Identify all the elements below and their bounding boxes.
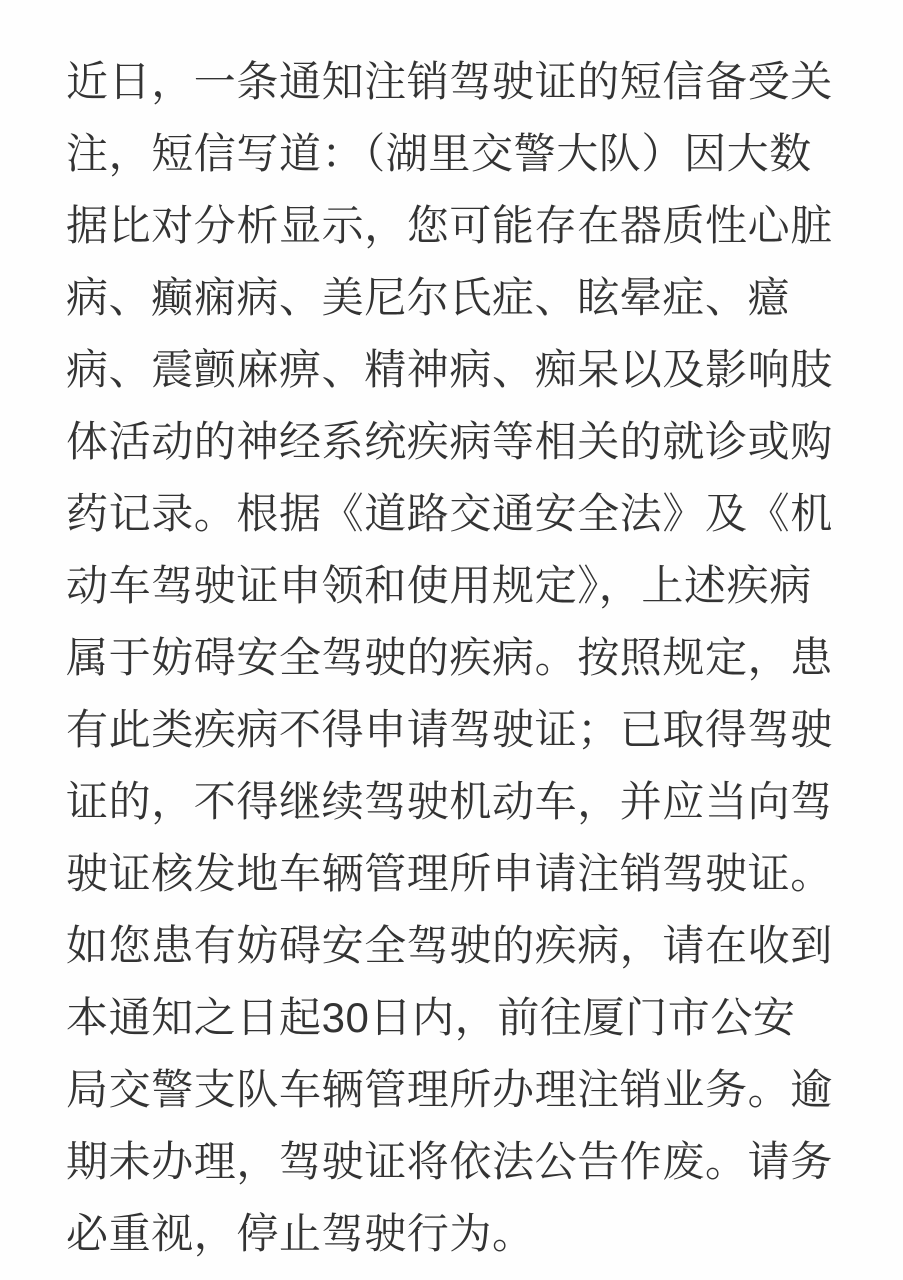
text-line: 病、癫痫病、美尼尔氏症、眩晕症、癔 bbox=[66, 262, 838, 334]
text-line: 如您患有妨碍安全驾驶的疾病，请在收到 bbox=[66, 910, 838, 982]
text-line: 必重视，停止驾驶行为。 bbox=[66, 1198, 838, 1270]
text-line: 驶证核发地车辆管理所申请注销驾驶证。 bbox=[66, 838, 838, 910]
article-text-block: 近日，一条通知注销驾驶证的短信备受关 注，短信写道：（湖里交警大队）因大数 据比… bbox=[66, 46, 838, 1270]
text-line: 近日，一条通知注销驾驶证的短信备受关 bbox=[66, 46, 838, 118]
text-line: 体活动的神经系统疾病等相关的就诊或购 bbox=[66, 406, 838, 478]
text-line: 本通知之日起30日内，前往厦门市公安 bbox=[66, 982, 838, 1054]
text-line: 据比对分析显示，您可能存在器质性心脏 bbox=[66, 190, 838, 262]
text-line: 注，短信写道：（湖里交警大队）因大数 bbox=[66, 118, 838, 190]
text-line: 局交警支队车辆管理所办理注销业务。逾 bbox=[66, 1054, 838, 1126]
text-line: 动车驾驶证申领和使用规定》，上述疾病 bbox=[66, 550, 838, 622]
text-line: 病、震颤麻痹、精神病、痴呆以及影响肢 bbox=[66, 334, 838, 406]
text-line: 属于妨碍安全驾驶的疾病。按照规定，患 bbox=[66, 622, 838, 694]
text-line: 有此类疾病不得申请驾驶证；已取得驾驶 bbox=[66, 694, 838, 766]
text-line: 药记录。根据《道路交通安全法》及《机 bbox=[66, 478, 838, 550]
text-line: 期未办理，驾驶证将依法公告作废。请务 bbox=[66, 1126, 838, 1198]
text-line: 证的，不得继续驾驶机动车，并应当向驾 bbox=[66, 766, 838, 838]
